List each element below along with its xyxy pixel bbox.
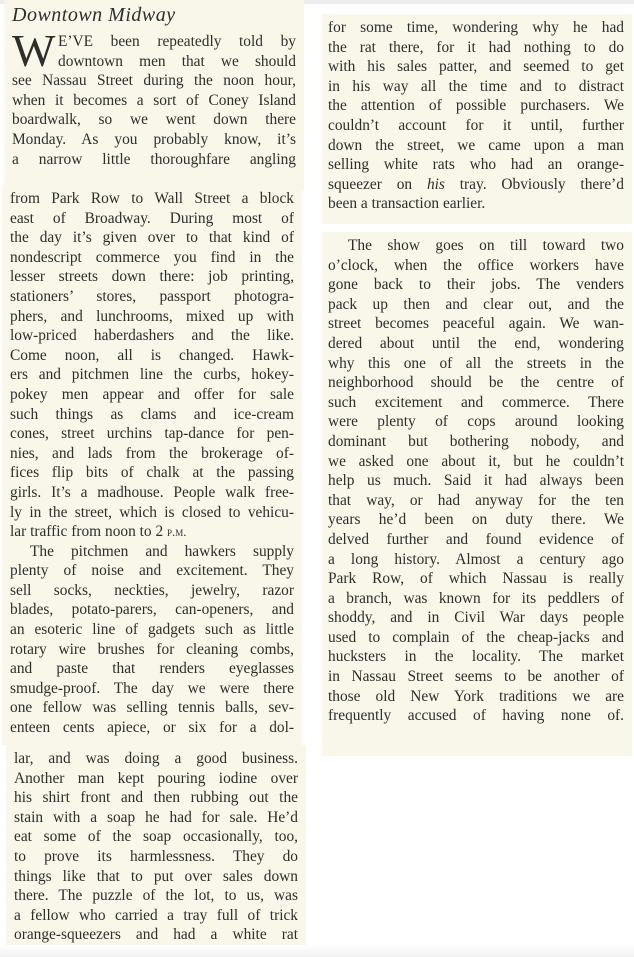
text-line: such excitement and commerce. There	[328, 393, 624, 413]
text-line: a long history. Almost a century ago	[328, 550, 624, 570]
text-line: been a transaction earlier.	[328, 194, 624, 214]
left-column-segment-1: Downtown Midway W E’VE been repeatedly t…	[4, 0, 304, 191]
text-line: smudge-proof. The day we were there	[10, 679, 294, 699]
text-line: hucksters in the locality. The market	[328, 647, 624, 667]
text-line: orange-squeezers and had a white rat	[14, 925, 298, 945]
text-line: enteen cents apiece, or six for a dol-	[10, 718, 294, 738]
text-line: low-priced haberdashers and the like.	[10, 326, 294, 346]
text-line: frequently accused of having none of.	[328, 706, 624, 726]
text-line: pack up then and clear out, and the	[328, 295, 624, 315]
text-line: the day it’s given over to that kind of	[10, 228, 294, 248]
text-line: sell socks, neckties, jewelry, razor	[10, 581, 294, 601]
text-line: lar traffic from noon to 2 p.m.	[10, 522, 294, 542]
text-line: a fellow who carried a tray full of tric…	[14, 906, 298, 926]
text-line: down the street, we came upon a man	[328, 136, 624, 156]
text-line: nies, and lads from the brokerage of-	[10, 444, 294, 464]
text-line: things like that to put over sales down	[14, 867, 298, 887]
text-line: stationers’ stores, passport photogra-	[10, 287, 294, 307]
text-line: years he’d been on duty there. We	[328, 510, 624, 530]
text-line: a branch, was known for its peddlers of	[328, 589, 624, 609]
text-line: couldn’t account for it until, further	[328, 116, 624, 136]
text-line: Monday. As you probably know, it’s	[12, 130, 296, 150]
text-line: ly in the street, which is closed to veh…	[10, 503, 294, 523]
text-line: Park Row, of which Nassau is really	[328, 569, 624, 589]
text-line: The show goes on till toward two	[328, 236, 624, 256]
text-line: o’clock, when the office workers have	[328, 256, 624, 276]
text-line: Come noon, all is changed. Hawk-	[10, 346, 294, 366]
text-line: eat some of the soap occasionally, too,	[14, 827, 298, 847]
text-line: dominant but bothering nobody, and	[328, 432, 624, 452]
text-line: in his way all the time and to distract	[328, 77, 624, 97]
text-line: help us much. Said it had always been	[328, 471, 624, 491]
left-column-segment-2: from Park Row to Wall Street a block eas…	[2, 185, 302, 745]
text-line: such things as clams and ice-cream	[10, 405, 294, 425]
text-line: the rat there, for it had nothing to do	[328, 38, 624, 58]
text-line: those old New York traditions we are	[328, 687, 624, 707]
text-line: with his sales patter, and seemed to get	[328, 57, 624, 77]
text-line: neighborhood should be the centre of	[328, 373, 624, 393]
text-line: The pitchmen and hawkers supply	[10, 542, 294, 562]
text-line: lar, and was doing a good business.	[14, 749, 298, 769]
text-line: a narrow little thoroughfare angling	[12, 150, 296, 170]
left-column-segment-3: lar, and was doing a good business. Anot…	[6, 745, 306, 953]
text-line: shoddy, and in Civil War days people	[328, 608, 624, 628]
text-line: the attention of possible purchasers. We	[328, 96, 624, 116]
time-abbrev: p.m.	[167, 524, 187, 539]
text-line: blades, potato-parers, can-openers, and	[10, 600, 294, 620]
text-line: boardwalk, so we went down there	[12, 110, 296, 130]
text-line: in Nassau Street seems to be another of	[328, 667, 624, 687]
text-line: street becomes peaceful again. We wan-	[328, 314, 624, 334]
text-line: Another man kept pouring iodine over	[14, 769, 298, 789]
text-line: east of Broadway. During most of	[10, 209, 294, 229]
text-line: dered about until the end, wondering	[328, 334, 624, 354]
text-line: an esoteric line of gadgets such as litt…	[10, 620, 294, 640]
text-line: why this one of all the streets in the	[328, 354, 624, 374]
text-line: and paste that renders eyeglasses	[10, 659, 294, 679]
text-line: selling white rats who had an orange-	[328, 155, 624, 175]
text-line: girls. It’s a madhouse. People walk free…	[10, 483, 294, 503]
text-line: that way, or had anyway for the ten	[328, 491, 624, 511]
text-line: used to complain of the cheap-jacks and	[328, 628, 624, 648]
text-line: when it becomes a sort of Coney Island	[12, 91, 296, 111]
text-line: phers, and lunchrooms, mixed up with	[10, 307, 294, 327]
bottom-edge	[0, 945, 634, 957]
text-line: there. The puzzle of the lot, to us, was	[14, 886, 298, 906]
text-line: we asked one about it, but he couldn’t	[328, 452, 624, 472]
text-line: his shirt front and then rubbing out the	[14, 788, 298, 808]
text-line: cones, street urchins tap-dance for pen-	[10, 424, 294, 444]
text-line: ers and pitchmen line the curbs, hokey-	[10, 365, 294, 385]
drop-cap: W	[12, 30, 55, 72]
text-line: fices flip bits of chalk at the passing	[10, 463, 294, 483]
text-line: gone back to their jobs. The venders	[328, 275, 624, 295]
text-line: plenty of noise and excitement. They	[10, 561, 294, 581]
text-line: one fellow was selling tennis balls, sev…	[10, 698, 294, 718]
text-line: for some time, wondering why he had	[328, 18, 624, 38]
text-line: to prove its harmlessness. They do	[14, 847, 298, 867]
emphasis: his	[427, 176, 445, 193]
right-column-segment-1: for some time, wondering why he had the …	[322, 14, 632, 224]
text-line: were plenty of cops around looking	[328, 412, 624, 432]
text-line: nondescript commerce you find in the	[10, 248, 294, 268]
text-line: from Park Row to Wall Street a block	[10, 189, 294, 209]
opening-paragraph: W E’VE been repeatedly told by downtown …	[12, 32, 296, 169]
text-line: delved further and found evidence of	[328, 530, 624, 550]
text-line: squeezer on his tray. Obviously there’d	[328, 175, 624, 195]
right-column-segment-2: The show goes on till toward two o’clock…	[322, 232, 632, 756]
text-line: lesser streets down there: job printing,	[10, 267, 294, 287]
text-line: pokey men appear and offer for sale	[10, 385, 294, 405]
text-line: rotary wire brushes for cleaning combs,	[10, 640, 294, 660]
text-line: stain with a soap he had for sale. He’d	[14, 808, 298, 828]
